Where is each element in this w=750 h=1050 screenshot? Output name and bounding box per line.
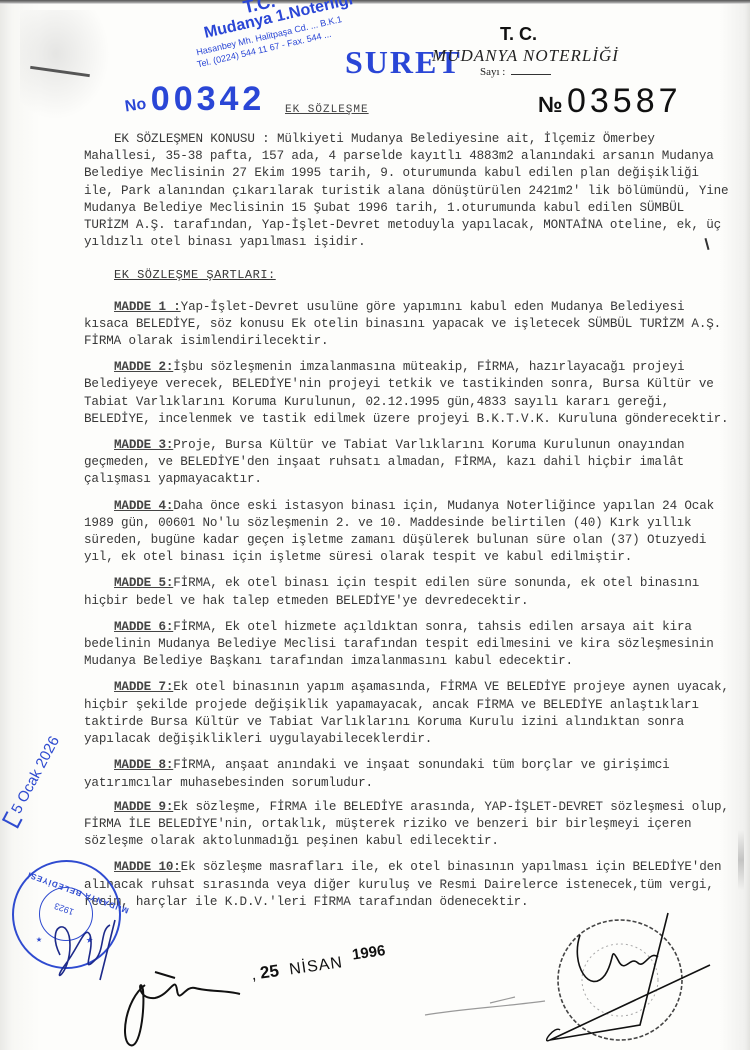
black-serial-number: № 03587	[538, 82, 682, 121]
faint-pen-stroke	[420, 995, 550, 1025]
article-text: FİRMA, Ek otel hizmete açıldıktan sonra,…	[84, 620, 714, 668]
blue-serial-label: No	[124, 96, 148, 117]
signing-date-stamp: , 25 NİSAN 1996	[250, 946, 387, 985]
black-serial-value: 03587	[567, 82, 682, 120]
sayi-blank	[511, 74, 551, 75]
blue-serial-number: No 00342	[125, 80, 265, 119]
article-text: Ek otel binasının yapım aşamasında, FİRM…	[84, 680, 729, 746]
signing-month: NİSAN	[288, 954, 344, 978]
article-label: MADDE 4:	[114, 499, 173, 513]
article-2: MADDE 2:İşbu sözleşmenin imzalanmasına m…	[84, 359, 734, 428]
signing-year: 1996	[351, 942, 386, 963]
document-body: EK SÖZLEŞMEN KONUSU : Mülkiyeti Mudanya …	[84, 131, 734, 920]
notary-rubber-stamp: T.C. Mudanya 1.Noterliği Hasanbey Mh. Ha…	[180, 0, 371, 76]
article-4: MADDE 4:Daha önce eski istasyon binası i…	[84, 498, 734, 567]
sayi-label: Sayı :	[480, 66, 505, 78]
article-9: MADDE 9:Ek sözleşme, FİRMA ile BELEDİYE …	[84, 799, 734, 851]
article-label: MADDE 8:	[114, 758, 173, 772]
signature-right-seal	[540, 905, 740, 1050]
article-label: MADDE 7:	[114, 680, 173, 694]
signature-bottom-left	[115, 970, 245, 1050]
signing-day: 25	[259, 961, 280, 982]
conditions-title: EK SÖZLEŞME ŞARTLARI:	[114, 267, 734, 284]
article-3: MADDE 3:Proje, Bursa Kültür ve Tabiat Va…	[84, 437, 734, 489]
article-6: MADDE 6:FİRMA, Ek otel hizmete açıldıkta…	[84, 619, 734, 671]
document-title: EK SÖZLEŞME	[285, 104, 369, 116]
subject-label: EK SÖZLEŞMEN KONUSU :	[114, 132, 270, 146]
date-received-text: 5 Ocak 2026	[8, 733, 63, 816]
subject-text: Mülkiyeti Mudanya Belediyesine ait, İlçe…	[84, 132, 728, 249]
subject-paragraph: EK SÖZLEŞMEN KONUSU : Mülkiyeti Mudanya …	[84, 131, 734, 251]
article-5: MADDE 5:FİRMA, ek otel binası için tespi…	[84, 575, 734, 609]
article-10: MADDE 10:Ek sözleşme masrafları ile, ek …	[84, 859, 734, 911]
article-label: MADDE 6:	[114, 620, 173, 634]
scan-edge-mark	[738, 830, 744, 890]
article-7: MADDE 7:Ek otel binasının yapım aşamasın…	[84, 679, 734, 748]
article-label: MADDE 10:	[114, 860, 181, 874]
date-received-stamp: 5 Ocak 2026	[2, 733, 64, 828]
letterhead-sayi: Sayı :	[480, 66, 551, 78]
black-serial-label: №	[538, 92, 563, 117]
articles-list: MADDE 1 :Yap-İşlet-Devret usulüne göre y…	[84, 299, 734, 911]
article-8: MADDE 8:FİRMA, anşaat anındaki ve inşaat…	[84, 757, 734, 791]
article-label: MADDE 9:	[114, 800, 173, 814]
article-label: MADDE 3:	[114, 438, 173, 452]
article-text: FİRMA, ek otel binası için tespit edilen…	[84, 576, 699, 607]
article-1: MADDE 1 :Yap-İşlet-Devret usulüne göre y…	[84, 299, 734, 351]
article-label: MADDE 2:	[114, 360, 173, 374]
blue-serial-value: 00342	[151, 80, 266, 118]
article-label: MADDE 5:	[114, 576, 173, 590]
article-text: Daha önce eski istasyon binası için, Mud…	[84, 499, 714, 565]
date-comma: ,	[250, 966, 257, 983]
scan-edge	[0, 0, 750, 4]
letterhead-office: MUDANYA NOTERLİĞİ	[432, 46, 619, 66]
article-text: Proje, Bursa Kültür ve Tabiat Varlıkları…	[84, 438, 684, 486]
letterhead-tc: T. C.	[500, 24, 537, 45]
article-text: Ek sözleşme, FİRMA ile BELEDİYE arasında…	[84, 800, 729, 848]
article-label: MADDE 1 :	[114, 300, 181, 314]
article-text: İşbu sözleşmenin imzalanmasına müteakip,…	[84, 360, 728, 426]
scanned-document-page: T.C. Mudanya 1.Noterliği Hasanbey Mh. Ha…	[0, 0, 750, 1050]
scan-smudge	[20, 10, 110, 120]
